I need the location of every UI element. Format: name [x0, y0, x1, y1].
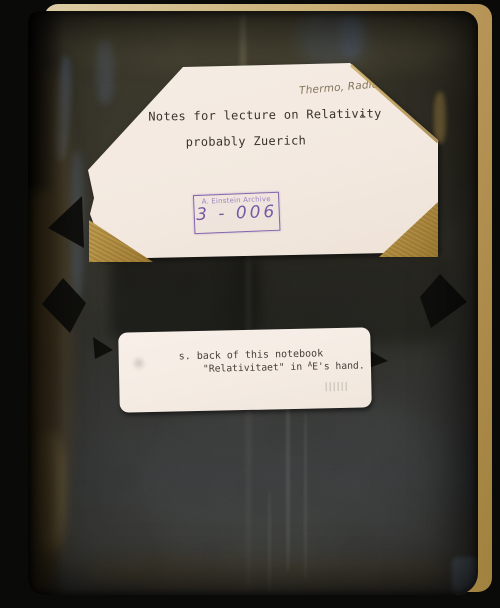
- caret-mark: ^: [359, 114, 365, 125]
- archive-stamp-number: 3 - 006: [194, 202, 279, 225]
- bottom-label-line2: "Relativitaet" in AE's hand.: [203, 359, 365, 374]
- label-subtitle-text: probably Zuerich: [186, 133, 307, 149]
- archival-label-top: Thermo, Radiation Notes for lecture on R…: [85, 58, 445, 266]
- label-text-group: Thermo, Radiation Notes for lecture on R…: [84, 55, 447, 268]
- bottom-label-line2-suffix: E's hand.: [312, 360, 365, 372]
- archival-label-bottom: s. back of this notebook "Relativitaet" …: [118, 327, 372, 412]
- label-title-text: Notes for lecture on Relativity: [148, 106, 381, 123]
- bottom-label-line2-prefix: "Relativitaet" in: [203, 362, 308, 375]
- label-smudge: [131, 356, 147, 370]
- label-speckles: [325, 382, 347, 391]
- photo-background: Thermo, Radiation Notes for lecture on R…: [0, 0, 500, 608]
- archive-stamp: A. Einstein Archive 3 - 006: [193, 192, 280, 234]
- archival-label-top-wrap: Thermo, Radiation Notes for lecture on R…: [85, 58, 445, 266]
